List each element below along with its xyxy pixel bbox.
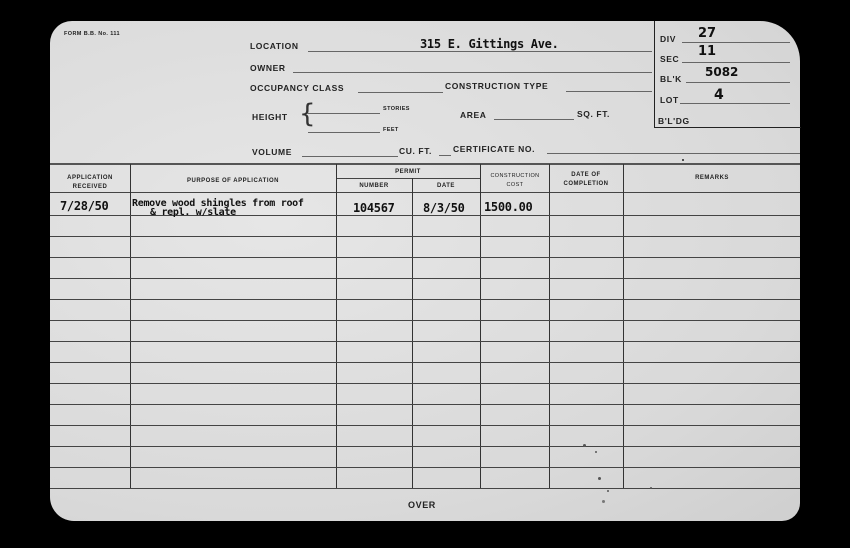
table-top-rule xyxy=(50,163,800,165)
volume-label: VOLUME xyxy=(252,147,292,157)
speck xyxy=(583,444,586,447)
location-value: 315 E. Gittings Ave. xyxy=(420,37,559,51)
sq-ft-label: SQ. FT. xyxy=(577,109,610,119)
col-divider-3 xyxy=(412,178,413,488)
feet-line xyxy=(308,132,380,133)
speck xyxy=(595,451,597,453)
row-rule xyxy=(50,299,800,300)
row-rule xyxy=(50,278,800,279)
bldg-label: B'L'DG xyxy=(658,116,690,126)
col-divider-1 xyxy=(130,164,131,488)
sec-value: 11 xyxy=(698,44,716,59)
col-permit-date: DATE xyxy=(412,183,480,189)
permit-sub-rule xyxy=(336,178,480,179)
location-line xyxy=(308,51,652,52)
row-rule xyxy=(50,257,800,258)
permit-record-card: FORM B.B. No. 111 LOCATION 315 E. Gittin… xyxy=(50,21,800,521)
row-rule xyxy=(50,404,800,405)
col-divider-2 xyxy=(336,164,337,488)
row-rule xyxy=(50,467,800,468)
blk-value: 5082 xyxy=(705,65,738,79)
speck xyxy=(650,487,652,489)
row-rule xyxy=(50,362,800,363)
stories-label: STORIES xyxy=(383,106,410,112)
speck xyxy=(602,500,605,503)
col-divider-6 xyxy=(623,164,624,488)
sec-label: SEC xyxy=(660,54,679,64)
location-label: LOCATION xyxy=(250,41,299,51)
owner-label: OWNER xyxy=(250,63,286,73)
col-permit: PERMIT xyxy=(336,169,480,175)
owner-line xyxy=(293,72,652,73)
height-label: HEIGHT xyxy=(252,112,288,122)
col-date-of-completion: DATE OF COMPLETION xyxy=(550,171,622,189)
col-purpose: PURPOSE OF APPLICATION xyxy=(130,178,336,184)
div-value: 27 xyxy=(698,26,716,41)
blk-label: BL'K xyxy=(660,74,682,84)
height-brace: { xyxy=(299,101,316,127)
col-permit-number: NUMBER xyxy=(336,183,412,189)
over-label: OVER xyxy=(408,500,436,510)
col-construction-cost: CONSTRUCTION COST xyxy=(482,172,548,190)
application-received-value: 7/28/50 xyxy=(60,199,108,213)
feet-label: FEET xyxy=(383,127,399,133)
occupancy-class-label: OCCUPANCY CLASS xyxy=(250,83,344,93)
form-number: FORM B.B. No. 111 xyxy=(64,31,120,37)
row-rule xyxy=(50,320,800,321)
permit-date-value: 8/3/50 xyxy=(423,201,465,215)
lot-line xyxy=(680,103,790,104)
speck xyxy=(682,159,684,161)
row-rule xyxy=(50,425,800,426)
col-divider-5 xyxy=(549,164,550,488)
cu-ft-line xyxy=(439,155,451,156)
div-line xyxy=(682,42,790,43)
row-rule xyxy=(50,446,800,447)
permit-number-value: 104567 xyxy=(353,201,395,215)
certificate-no-line xyxy=(547,153,800,154)
area-line xyxy=(494,119,574,120)
col-divider-4 xyxy=(480,164,481,488)
speck xyxy=(598,477,601,480)
col-remarks: REMARKS xyxy=(624,175,800,181)
lot-value: 4 xyxy=(714,87,724,103)
row-rule xyxy=(50,341,800,342)
purpose-line-2: & repl. w/slate xyxy=(150,207,236,218)
construction-type-label: CONSTRUCTION TYPE xyxy=(445,81,548,91)
area-label: AREA xyxy=(460,110,487,120)
occupancy-class-line xyxy=(358,92,443,93)
blk-line xyxy=(686,82,790,83)
row-rule xyxy=(50,236,800,237)
construction-cost-value: 1500.00 xyxy=(484,200,532,214)
construction-type-line xyxy=(566,91,652,92)
cu-ft-label: CU. FT. xyxy=(399,146,432,156)
volume-line xyxy=(302,156,398,157)
col-application-received: APPLICATION RECEIVED xyxy=(50,174,130,192)
certificate-no-label: CERTIFICATE NO. xyxy=(453,144,535,154)
stories-line xyxy=(308,113,380,114)
speck xyxy=(607,490,609,492)
lot-label: LOT xyxy=(660,95,679,105)
div-label: DIV xyxy=(660,34,676,44)
header-bottom-rule xyxy=(50,192,800,193)
sec-line xyxy=(682,62,790,63)
row-rule xyxy=(50,383,800,384)
row-rule xyxy=(50,488,800,489)
